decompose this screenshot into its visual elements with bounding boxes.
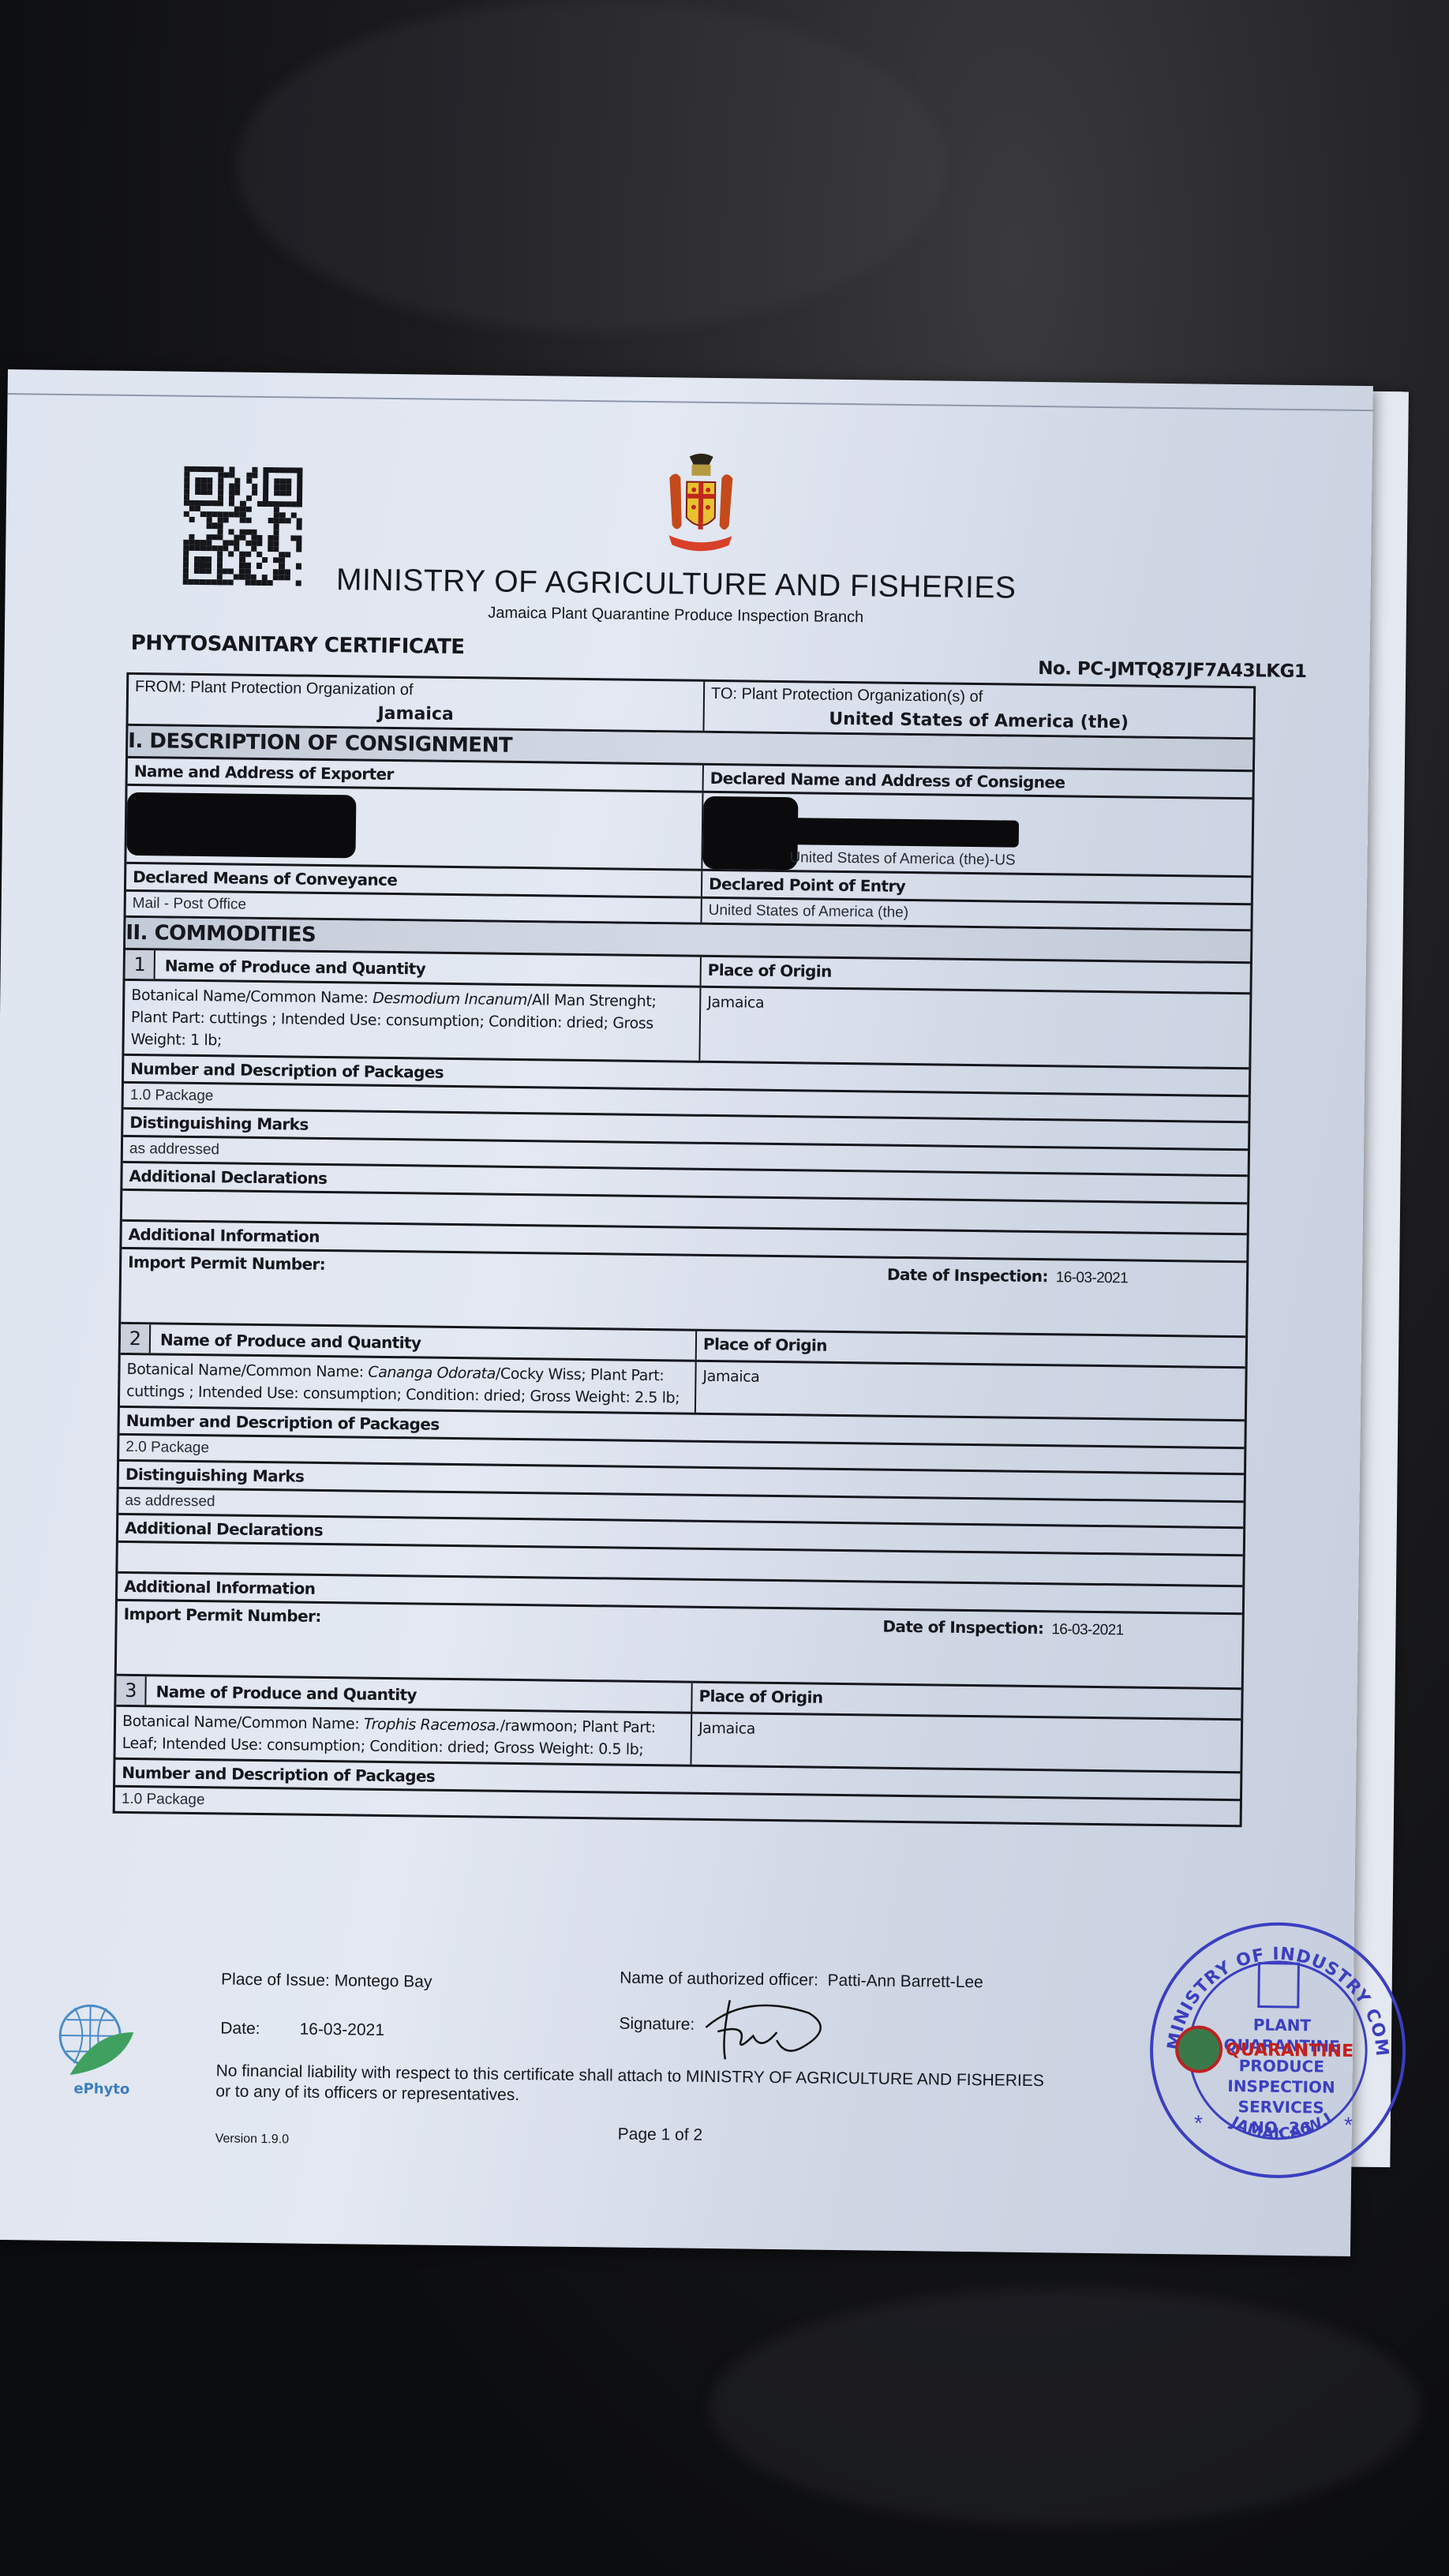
commodity-origin: Jamaica	[691, 1714, 1241, 1771]
jamaica-coat-of-arms-icon	[661, 450, 741, 569]
consignee-address: United States of America (the)-US	[702, 793, 1252, 875]
svg-text:PLANT: PLANT	[1253, 2015, 1312, 2035]
liability-notice: No financial liability with respect to t…	[215, 2061, 1045, 2112]
permit-label: Import Permit Number:	[124, 1604, 321, 1626]
from-label: FROM: Plant Protection Organization of	[135, 678, 697, 703]
commodities-list: 1Name of Produce and Quantity Place of O…	[115, 950, 1250, 1825]
officer-name: Patti-Ann Barrett-Lee	[827, 1971, 983, 1991]
certificate-number: No. PC-JMTQ87JF7A43LKG1	[1038, 658, 1307, 682]
to-label: TO: Plant Protection Organization(s) of	[711, 685, 1247, 710]
svg-text:ePhyto: ePhyto	[73, 2080, 129, 2098]
produce-label: Name of Produce and Quantity	[165, 956, 426, 978]
signature-label: Signature:	[619, 2015, 695, 2034]
official-stamp: MINISTRY OF INDUSTRY COMMERCE AGRICULTUR…	[1146, 1919, 1410, 2182]
version-label: Version 1.9.0	[215, 2132, 290, 2147]
to-cell: TO: Plant Protection Organization(s) of …	[704, 682, 1253, 737]
exporter-address	[126, 786, 703, 869]
commodity-origin: Jamaica	[696, 1362, 1245, 1419]
origin-label: Place of Origin	[697, 1331, 1245, 1366]
place-of-issue-label: Place of Issue:	[221, 1970, 330, 1990]
origin-label: Place of Origin	[692, 1683, 1241, 1718]
svg-text:NO. 26: NO. 26	[1251, 2117, 1311, 2137]
redaction-mark	[126, 792, 356, 859]
commodity-description: Botanical Name/Common Name: Cananga Odor…	[120, 1355, 697, 1413]
phytosanitary-certificate-page: MINISTRY OF AGRICULTURE AND FISHERIES Ja…	[0, 369, 1373, 2256]
inspection-date: 16-03-2021	[1051, 1621, 1123, 1638]
issue-date-label: Date:	[220, 2019, 260, 2038]
svg-text:QUARANTINE: QUARANTINE	[1226, 2040, 1354, 2061]
issue-date-value: 16-03-2021	[299, 2020, 384, 2039]
redaction-mark	[782, 818, 1019, 848]
exporter-consignee-value-row: United States of America (the)-US	[126, 786, 1252, 878]
branch-subtitle: Jamaica Plant Quarantine Produce Inspect…	[241, 601, 1110, 630]
commodity-number: 1	[125, 950, 155, 979]
commodity-description: Botanical Name/Common Name: Trophis Race…	[116, 1707, 693, 1765]
certificate-footer: ePhyto Place of Issue: Montego Bay Date:…	[99, 1969, 1204, 1983]
ministry-title: MINISTRY OF AGRICULTURE AND FISHERIES	[242, 562, 1110, 607]
origin-label: Place of Origin	[702, 957, 1250, 992]
consignee-country: United States of America (the)-US	[789, 849, 1015, 869]
from-country: Jamaica	[135, 701, 697, 728]
page-number: Page 1 of 2	[618, 2125, 703, 2145]
produce-label: Name of Produce and Quantity	[155, 1682, 417, 1704]
produce-label: Name of Produce and Quantity	[160, 1330, 421, 1352]
commodity-detail-row: Botanical Name/Common Name: Desmodium In…	[124, 981, 1249, 1069]
inspection-label: Date of Inspection:	[887, 1265, 1048, 1286]
permit-label: Import Permit Number:	[128, 1252, 325, 1274]
ephyto-logo-icon: ePhyto	[50, 2000, 146, 2103]
to-country: United States of America (the)	[711, 708, 1247, 734]
officer-label: Name of authorized officer:	[620, 1969, 818, 1990]
place-of-issue-value: Montego Bay	[335, 1971, 432, 1991]
from-cell: FROM: Plant Protection Organization of J…	[129, 675, 706, 731]
certificate-form: FROM: Plant Protection Organization of J…	[113, 672, 1256, 1827]
commodity-number: 2	[121, 1324, 151, 1353]
svg-text:SERVICES: SERVICES	[1238, 2097, 1324, 2117]
svg-text:*: *	[1344, 2113, 1353, 2137]
commodity-origin: Jamaica	[700, 988, 1249, 1067]
certificate-title: PHYTOSANITARY CERTIFICATE	[131, 631, 465, 659]
commodity-description: Botanical Name/Common Name: Desmodium In…	[124, 981, 701, 1061]
svg-text:*: *	[1194, 2111, 1203, 2136]
svg-text:INSPECTION: INSPECTION	[1227, 2076, 1335, 2097]
inspection-label: Date of Inspection:	[882, 1617, 1043, 1638]
page-fold-line	[8, 393, 1373, 411]
inspection-date: 16-03-2021	[1056, 1269, 1128, 1286]
signature-icon	[698, 1992, 833, 2065]
commodity-number: 3	[116, 1676, 146, 1705]
